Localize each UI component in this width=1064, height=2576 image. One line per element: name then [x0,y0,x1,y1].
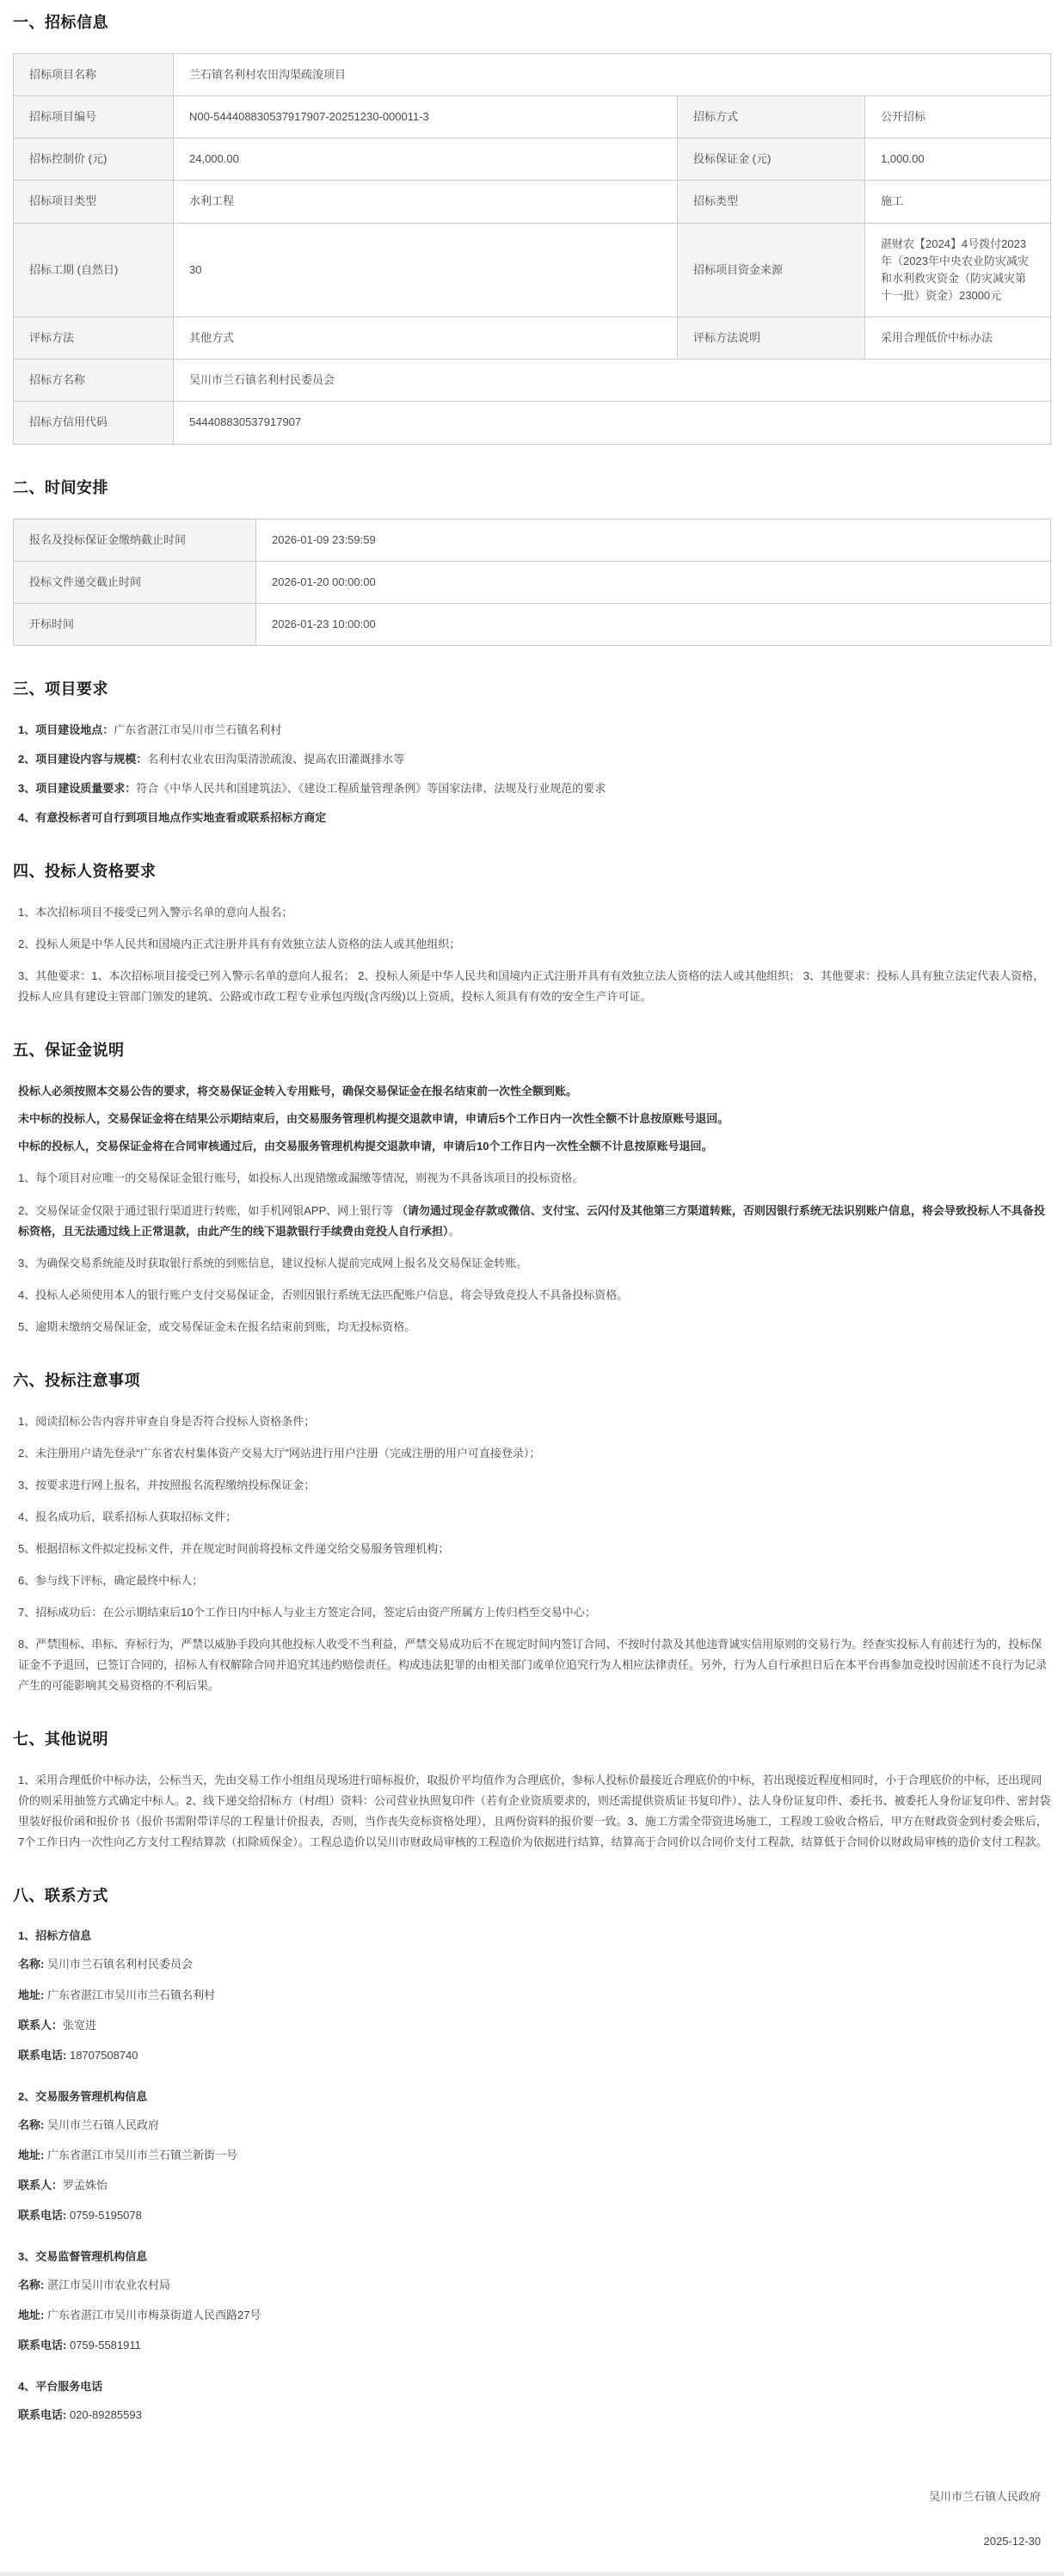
deposit-intro-line: 投标人必须按照本交易公告的要求，将交易保证金转入专用账号，确保交易保证金在报名结… [18,1081,1051,1102]
page-bottom-bar [0,2572,1064,2576]
contact-row: 联系电话: 0759-5581911 [18,2336,1051,2355]
field-value: 兰石镇名利村农田沟渠疏浚项目 [174,54,1051,96]
contact-label: 联系人： [18,2179,63,2192]
list-item: 6、参与线下评标，确定最终中标人； [18,1571,1051,1591]
contact-row: 地址: 广东省湛江市吴川市兰石镇名利村 [18,1986,1051,2005]
list-item: 3、为确保交易系统能及时获取银行系统的到账信息，建议投标人提前完成网上报名及交易… [18,1253,1051,1274]
table-row: 招标项目编号 N00-544408830537917907-20251230-0… [14,96,1051,138]
field-value: 其他方式 [174,317,678,360]
contact-value: 18707508740 [70,2049,138,2062]
contact-value: 020-89285593 [70,2408,142,2421]
item-label: 1、项目建设地点： [18,723,114,736]
section-title-deposit: 五、保证金说明 [13,1038,1051,1061]
list-item: 3、按要求进行网上报名，并按照报名流程缴纳投标保证金； [18,1475,1051,1496]
contact-row: 名称: 湛江市吴川市农业农村局 [18,2276,1051,2295]
field-value: 2026-01-20 00:00:00 [256,561,1051,603]
field-label: 招标方名称 [14,360,174,402]
section-title-bidder-qualification: 四、投标人资格要求 [13,859,1051,882]
contact-label: 联系电话: [18,2408,66,2421]
field-value: 吴川市兰石镇名利村民委员会 [174,360,1051,402]
contact-label: 地址: [18,1989,44,2001]
field-label: 招标项目名称 [14,54,174,96]
table-row: 招标工期 (自然日) 30 招标项目资金来源 湛财农【2024】4号拨付2023… [14,223,1051,317]
list-item: 4、有意投标者可自行到项目地点作实地查看或联系招标方商定 [18,808,1051,828]
contact-group-heading: 4、平台服务电话 [18,2377,1051,2394]
table-row: 招标项目类型 水利工程 招标类型 施工 [14,181,1051,223]
deposit-list: 1、每个项目对应唯一的交易保证金银行账号，如投标人出现错缴或漏缴等情况，则视为不… [13,1168,1051,1337]
table-row: 招标项目名称 兰石镇名利村农田沟渠疏浚项目 [14,54,1051,96]
list-item: 8、严禁围标、串标、弃标行为，严禁以威胁手段向其他投标人收受不当利益，严禁交易成… [18,1634,1051,1696]
table-row: 评标方法 其他方式 评标方法说明 采用合理低价中标办法 [14,317,1051,360]
contact-value: 张宽进 [63,2019,96,2032]
project-requirements-list: 1、项目建设地点：广东省湛江市吴川市兰石镇名利村 2、项目建设内容与规模：名利村… [13,720,1051,828]
field-label: 招标类型 [678,181,865,223]
contact-value: 湛江市吴川市农业农村局 [47,2278,170,2291]
deposit-intro-line: 未中标的投标人，交易保证金将在结果公示期结束后，由交易服务管理机构提交退款申请，… [18,1109,1051,1129]
contact-label: 地址: [18,2309,44,2321]
section-title-tender-info: 一、招标信息 [13,10,1051,33]
field-value: 公开招标 [865,96,1051,138]
contact-label: 联系人： [18,2019,63,2032]
contact-value: 广东省湛江市吴川市兰石镇兰新街一号 [47,2149,237,2161]
contact-label: 联系电话: [18,2339,66,2352]
section-title-bidding-notes: 六、投标注意事项 [13,1368,1051,1391]
contact-group-heading: 2、交易服务管理机构信息 [18,2087,1051,2104]
contact-value: 吴川市兰石镇名利村民委员会 [47,1958,193,1970]
other-notes-text: 1、采用合理低价中标办法，公标当天，先由交易工作小组组员现场进行暗标报价，取报价… [18,1770,1051,1853]
list-item: 1、阅读招标公告内容并审查自身是否符合投标人资格条件； [18,1411,1051,1432]
item-text: 名利村农业农田沟渠清淤疏浚、提高农田灌溉排水等 [147,753,404,765]
contact-group-trade-service: 2、交易服务管理机构信息 名称: 吴川市兰石镇人民政府 地址: 广东省湛江市吴川… [13,2087,1051,2225]
field-value: 1,000.00 [865,138,1051,181]
footer-date: 2025-12-30 [13,2535,1041,2572]
list-item: 1、项目建设地点：广东省湛江市吴川市兰石镇名利村 [18,720,1051,741]
table-row: 招标方名称 吴川市兰石镇名利村民委员会 [14,360,1051,402]
list-item: 2、项目建设内容与规模：名利村农业农田沟渠清淤疏浚、提高农田灌溉排水等 [18,749,1051,770]
contact-label: 名称: [18,2118,44,2131]
list-item: 2、交易保证金仅限于通过银行渠道进行转账，如手机网银APP、网上银行等 （请勿通… [18,1201,1051,1242]
item-label: 3、项目建设质量要求： [18,782,136,795]
list-item: 5、逾期未缴纳交易保证金，或交易保证金未在报名结束前到账，均无投标资格。 [18,1317,1051,1337]
list-item: 7、招标成功后：在公示期结束后10个工作日内中标人与业主方签定合同，签定后由资产… [18,1602,1051,1623]
contact-label: 名称: [18,1958,44,1970]
item-text: 广东省湛江市吴川市兰石镇名利村 [114,723,281,736]
contact-row: 地址: 广东省湛江市吴川市兰石镇兰新街一号 [18,2146,1051,2165]
field-value: 2026-01-23 10:00:00 [256,603,1051,645]
list-item: 1、本次招标项目不接受已列入警示名单的意向人报名； [18,902,1051,923]
list-item: 4、投标人必须使用本人的银行账户支付交易保证金，否则因银行系统无法匹配账户信息，… [18,1285,1051,1306]
deposit-intro: 投标人必须按照本交易公告的要求，将交易保证金转入专用账号，确保交易保证金在报名结… [13,1081,1051,1157]
table-row: 投标文件递交截止时间 2026-01-20 00:00:00 [14,561,1051,603]
document-footer: 吴川市兰石镇人民政府 2025-12-30 [13,2487,1041,2572]
contact-row: 联系人：张宽进 [18,2016,1051,2035]
field-value: 施工 [865,181,1051,223]
contact-group-heading: 1、招标方信息 [18,1927,1051,1943]
list-item: 3、其他要求：1、本次招标项目接受已列入警示名单的意向人报名； 2、投标人须是中… [18,966,1051,1007]
contact-group-supervision: 3、交易监督管理机构信息 名称: 湛江市吴川市农业农村局 地址: 广东省湛江市吴… [13,2247,1051,2355]
item-text: 5、逾期未缴纳交易保证金，或交易保证金未在报名结束前到账，均无投标资格。 [18,1320,415,1333]
field-value: 24,000.00 [174,138,678,181]
field-label: 招标项目编号 [14,96,174,138]
contact-value: 广东省湛江市吴川市梅菉街道人民西路27号 [47,2309,261,2321]
contact-value: 吴川市兰石镇人民政府 [47,2118,159,2131]
item-text: 3、为确保交易系统能及时获取银行系统的到账信息，建议投标人提前完成网上报名及交易… [18,1257,527,1270]
qualification-list: 1、本次招标项目不接受已列入警示名单的意向人报名； 2、投标人须是中华人民共和国… [13,902,1051,1007]
field-label: 招标项目资金来源 [678,223,865,317]
table-row: 招标控制价 (元) 24,000.00 投标保证金 (元) 1,000.00 [14,138,1051,181]
list-item: 3、项目建设质量要求：符合《中华人民共和国建筑法》、《建设工程质量管理条例》等国… [18,778,1051,799]
field-value: 采用合理低价中标办法 [865,317,1051,360]
field-value: 湛财农【2024】4号拨付2023年（2023年中央农业防灾减灾和水利救灾资金（… [865,223,1051,317]
contact-row: 地址: 广东省湛江市吴川市梅菉街道人民西路27号 [18,2306,1051,2325]
contact-label: 联系电话: [18,2049,66,2062]
item-label: 2、项目建设内容与规模： [18,753,147,765]
contact-row: 联系电话: 020-89285593 [18,2406,1051,2425]
field-label: 报名及投标保证金缴纳截止时间 [14,519,256,561]
contact-row: 名称: 吴川市兰石镇人民政府 [18,2116,1051,2135]
item-text: 2、交易保证金仅限于通过银行渠道进行转账，如手机网银APP、网上银行等 [18,1204,397,1217]
bidding-notes-list: 1、阅读招标公告内容并审查自身是否符合投标人资格条件； 2、未注册用户请先登录“… [13,1411,1051,1696]
schedule-table: 报名及投标保证金缴纳截止时间 2026-01-09 23:59:59 投标文件递… [13,519,1051,646]
field-label: 投标文件递交截止时间 [14,561,256,603]
field-label: 招标工期 (自然日) [14,223,174,317]
item-text: 符合《中华人民共和国建筑法》、《建设工程质量管理条例》等国家法律、法规及行业规范… [136,782,606,795]
field-label: 招标方信用代码 [14,402,174,444]
contact-group-heading: 3、交易监督管理机构信息 [18,2247,1051,2264]
field-label: 招标控制价 (元) [14,138,174,181]
field-value: 30 [174,223,678,317]
contact-value: 广东省湛江市吴川市兰石镇名利村 [47,1989,215,2001]
field-label: 评标方法 [14,317,174,360]
item-text: 。 [449,1225,460,1238]
list-item: 4、报名成功后，联系招标人获取招标文件； [18,1507,1051,1528]
footer-organization: 吴川市兰石镇人民政府 [13,2487,1041,2504]
deposit-intro-line: 中标的投标人，交易保证金将在合同审核通过后，由交易服务管理机构提交退款申请，申请… [18,1136,1051,1157]
contact-value: 罗孟姝怡 [63,2179,108,2192]
field-label: 开标时间 [14,603,256,645]
contact-row: 名称: 吴川市兰石镇名利村民委员会 [18,1955,1051,1974]
table-row: 开标时间 2026-01-23 10:00:00 [14,603,1051,645]
field-value: N00-544408830537917907-20251230-000011-3 [174,96,678,138]
contact-row: 联系电话: 18707508740 [18,2046,1051,2065]
section-title-other-notes: 七、其他说明 [13,1727,1051,1749]
field-label: 招标方式 [678,96,865,138]
section-title-project-requirements: 三、项目要求 [13,677,1051,699]
field-label: 投标保证金 (元) [678,138,865,181]
contact-group-tenderer: 1、招标方信息 名称: 吴川市兰石镇名利村民委员会 地址: 广东省湛江市吴川市兰… [13,1927,1051,2064]
list-item: 2、未注册用户请先登录“广东省农村集体资产交易大厅”网站进行用户注册（完成注册的… [18,1443,1051,1464]
tender-info-table: 招标项目名称 兰石镇名利村农田沟渠疏浚项目 招标项目编号 N00-5444088… [13,53,1051,445]
item-label: 4、有意投标者可自行到项目地点作实地查看或联系招标方商定 [18,811,326,824]
field-value: 2026-01-09 23:59:59 [256,519,1051,561]
contact-value: 0759-5581911 [70,2339,141,2352]
table-row: 招标方信用代码 544408830537917907 [14,402,1051,444]
contact-label: 名称: [18,2278,44,2291]
field-value: 水利工程 [174,181,678,223]
list-item: 5、根据招标文件拟定投标文件，并在规定时间前将投标文件递交给交易服务管理机构； [18,1539,1051,1559]
list-item: 1、每个项目对应唯一的交易保证金银行账号，如投标人出现错缴或漏缴等情况，则视为不… [18,1168,1051,1189]
contact-label: 联系电话: [18,2209,66,2222]
item-text: 1、每个项目对应唯一的交易保证金银行账号，如投标人出现错缴或漏缴等情况，则视为不… [18,1171,583,1184]
list-item: 2、投标人须是中华人民共和国境内正式注册并具有有效独立法人资格的法人或其他组织； [18,934,1051,955]
section-title-schedule: 二、时间安排 [13,476,1051,498]
field-label: 评标方法说明 [678,317,865,360]
field-label: 招标项目类型 [14,181,174,223]
contact-row: 联系人：罗孟姝怡 [18,2176,1051,2195]
contact-label: 地址: [18,2149,44,2161]
contact-group-platform: 4、平台服务电话 联系电话: 020-89285593 [13,2377,1051,2425]
field-value: 544408830537917907 [174,402,1051,444]
section-title-contact: 八、联系方式 [13,1884,1051,1906]
contact-row: 联系电话: 0759-5195078 [18,2206,1051,2225]
contact-value: 0759-5195078 [70,2209,142,2222]
table-row: 报名及投标保证金缴纳截止时间 2026-01-09 23:59:59 [14,519,1051,561]
tender-announcement-page: 一、招标信息 招标项目名称 兰石镇名利村农田沟渠疏浚项目 招标项目编号 N00-… [0,0,1064,2572]
item-text: 4、投标人必须使用本人的银行账户支付交易保证金，否则因银行系统无法匹配账户信息，… [18,1288,628,1301]
